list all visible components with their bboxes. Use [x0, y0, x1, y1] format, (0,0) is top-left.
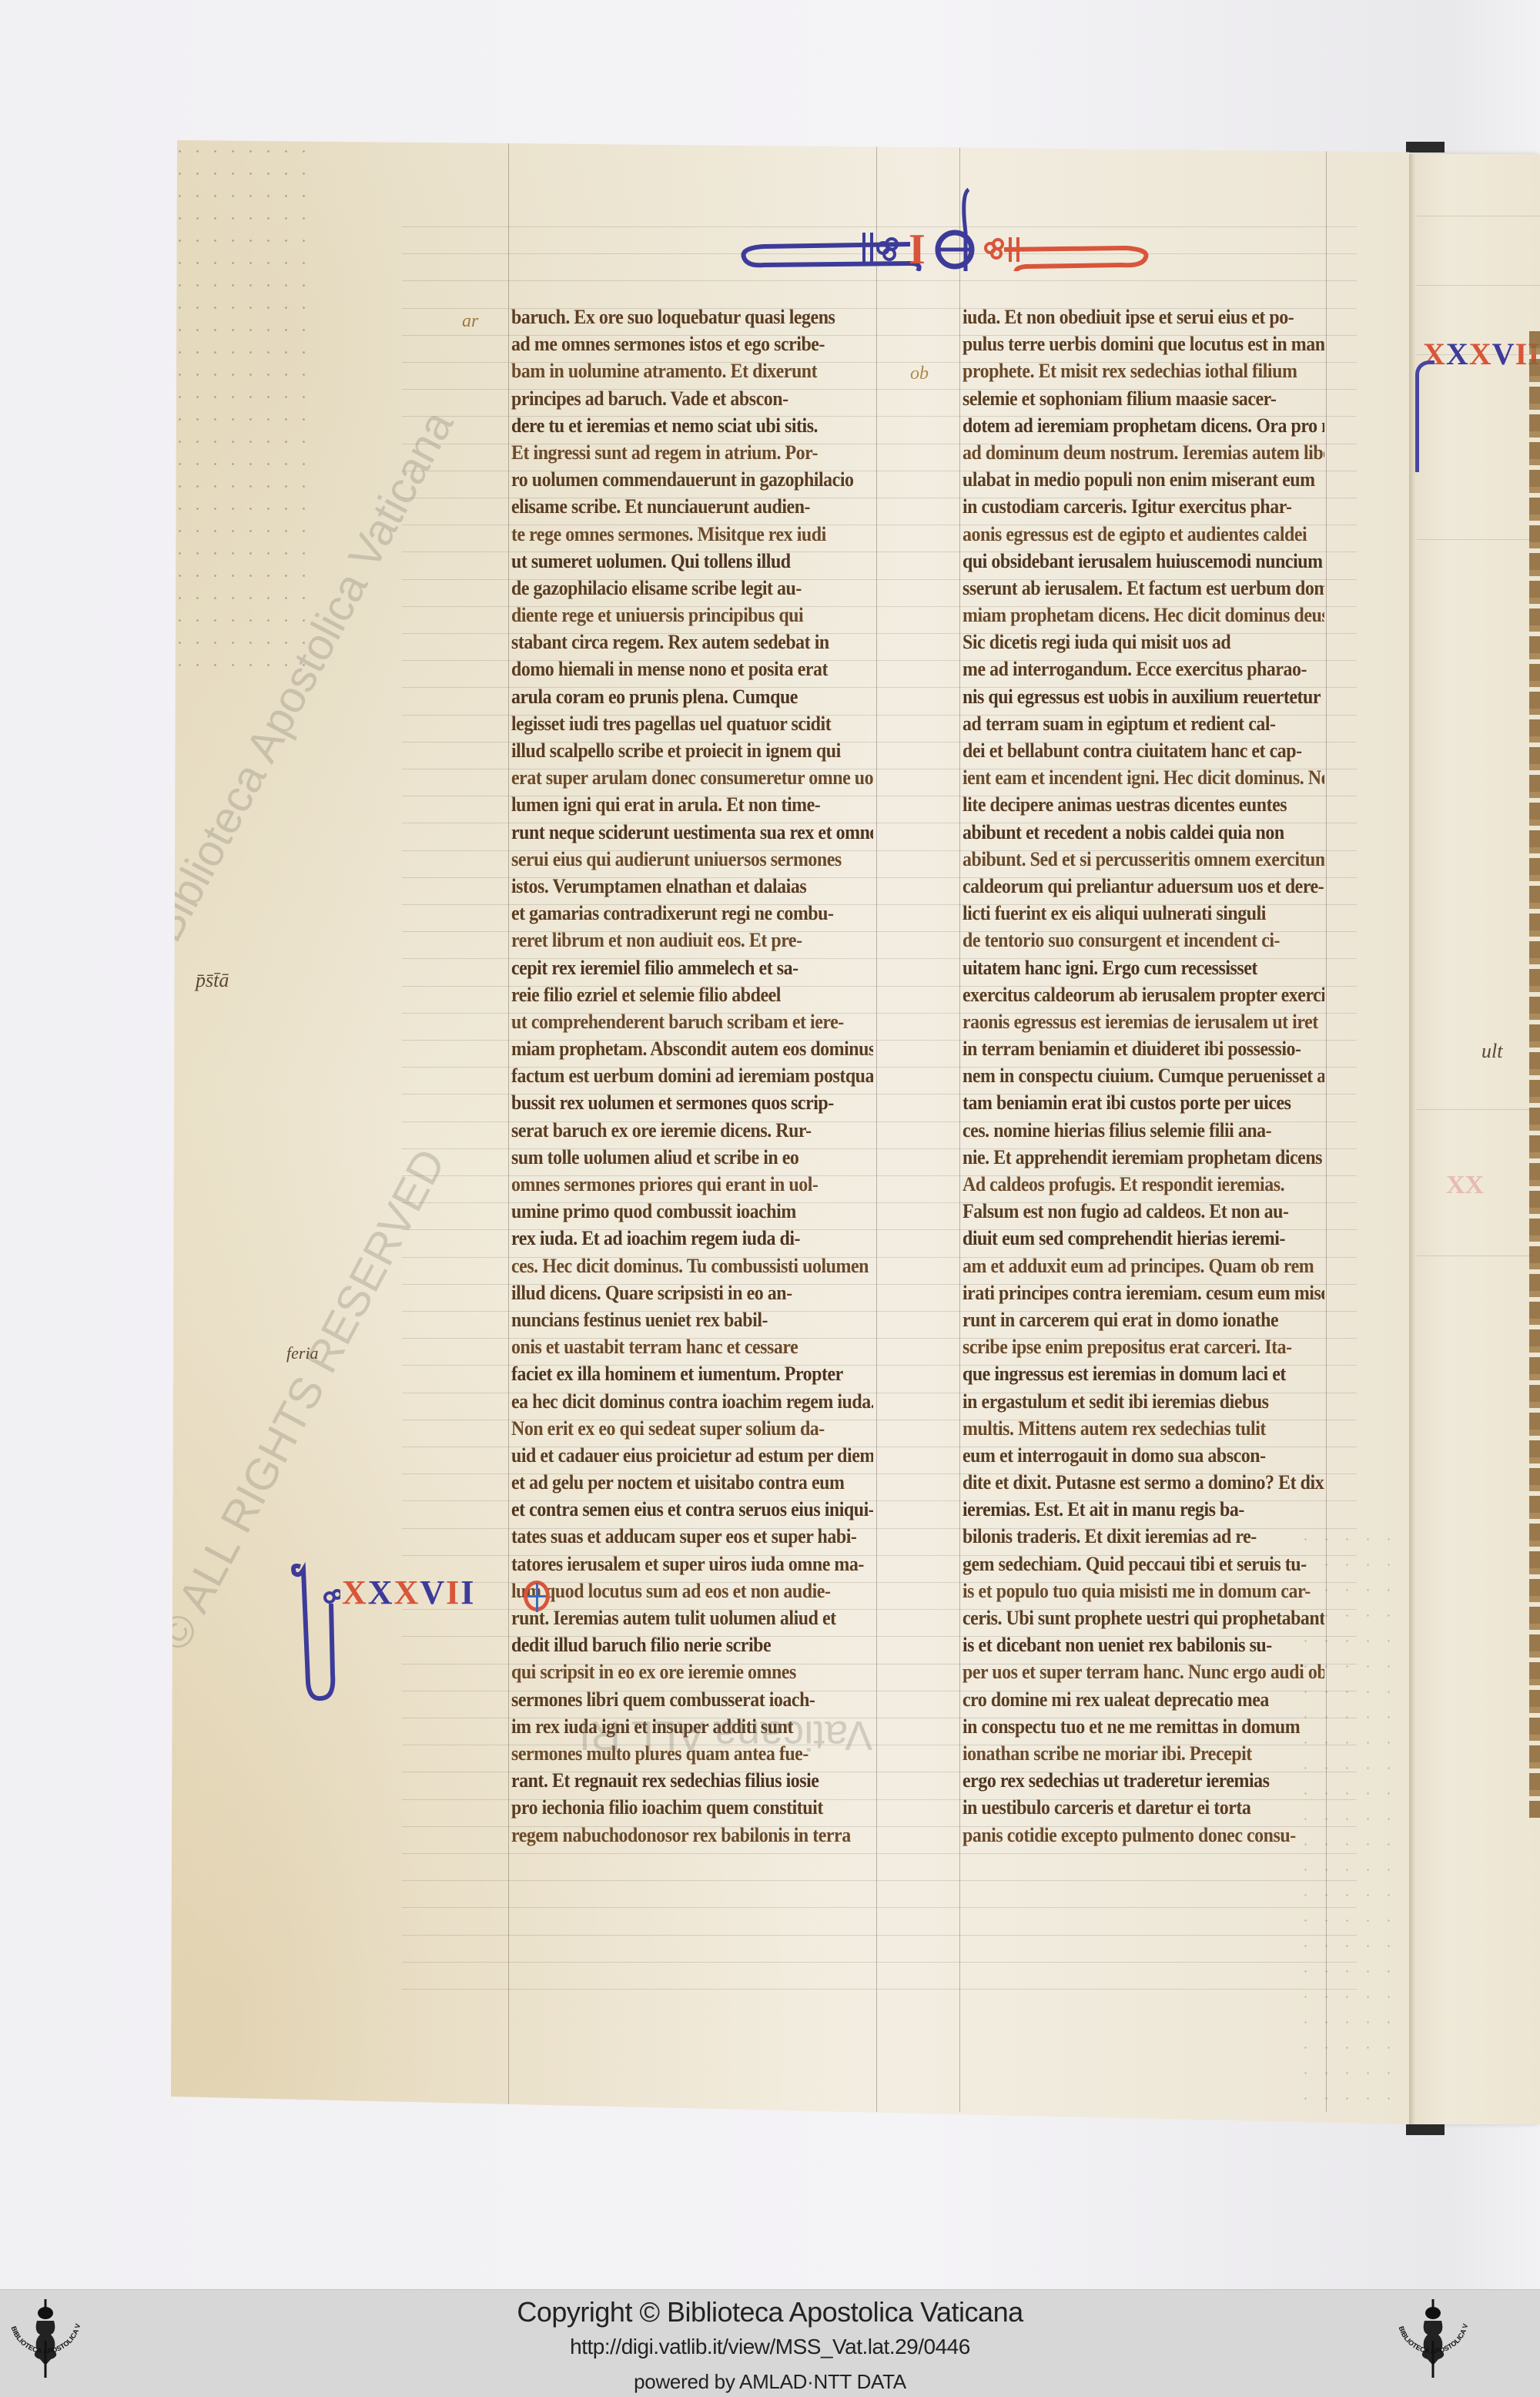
manuscript-line: et contra semen eius et contra seruos ei… — [511, 1496, 844, 1523]
manuscript-line: factum est uerbum domini ad ieremiam pos… — [511, 1062, 844, 1089]
manuscript-line: multis. Mittens autem rex sedechias tuli… — [962, 1415, 1295, 1442]
manuscript-line: runt in carcerem qui erat in domo ionath… — [962, 1306, 1295, 1333]
powered-by-text: powered by AMLAD·NTT DATA — [0, 2370, 1540, 2394]
chapter-flourish-icon — [1415, 360, 1435, 472]
text-column-left: baruch. Ex ore suo loquebatur quasi lege… — [511, 303, 873, 1849]
manuscript-line: erat super arulam donec consumeretur omn… — [511, 764, 844, 791]
chapter-flourish-icon — [286, 1559, 340, 1705]
manuscript-line: sserunt ab ierusalem. Et factum est uerb… — [962, 575, 1295, 602]
text-column-right: iuda. Et non obediuit ipse et serui eius… — [962, 303, 1324, 1849]
manuscript-line: Et ingressi sunt ad regem in atrium. Por… — [511, 439, 844, 466]
manuscript-line: de tentorio suo consurgent et incendent … — [962, 927, 1295, 954]
manuscript-line: reie filio ezriel et selemie filio abdee… — [511, 981, 844, 1008]
manuscript-line: nuncians festinus ueniet rex babil- — [511, 1306, 844, 1333]
manuscript-line: gem sedechiam. Quid peccaui tibi et seru… — [962, 1551, 1295, 1577]
manuscript-line: et ad gelu per noctem et uisitabo contra… — [511, 1469, 844, 1496]
manuscript-line: im rex iuda igni et insuper additi sunt — [511, 1713, 844, 1740]
manuscript-line: ient eam et incendent igni. Hec dicit do… — [962, 764, 1295, 791]
manuscript-line: stabant circa regem. Rex autem sedebat i… — [511, 629, 844, 655]
manuscript-line: ionathan scribe ne moriar ibi. Precepit — [962, 1740, 1295, 1767]
manuscript-line: faciet ex illa hominem et iumentum. Prop… — [511, 1360, 844, 1387]
manuscript-line: ergo rex sedechias ut traderetur ieremia… — [962, 1767, 1295, 1794]
manuscript-line: sum tolle uolumen aliud et scribe in eo — [511, 1144, 844, 1171]
manuscript-line: ad me omnes sermones istos et ego scribe… — [511, 330, 844, 357]
manuscript-line: tam beniamin erat ibi custos porte per u… — [962, 1089, 1295, 1116]
manuscript-line: in ergastulum et sedit ibi ieremias dieb… — [962, 1388, 1295, 1415]
manuscript-line: bilonis traderis. Et dixit ieremias ad r… — [962, 1523, 1295, 1550]
chapter-numeral: X — [1446, 337, 1469, 371]
manuscript-line: ea hec dicit dominus contra ioachim rege… — [511, 1388, 844, 1415]
chapter-numeral: X — [1469, 337, 1492, 371]
manuscript-line: aonis egressus est de egipto et audiente… — [962, 521, 1295, 548]
chapter-numeral: X — [342, 1574, 368, 1611]
manuscript-line: ulabat in medio populi non enim miserant… — [962, 466, 1295, 493]
manuscript-line: exercitus caldeorum ab ierusalem propter… — [962, 981, 1295, 1008]
manuscript-line: baruch. Ex ore suo loquebatur quasi lege… — [511, 303, 844, 330]
ruling-line — [1417, 1255, 1540, 1256]
manuscript-line: in terram beniamin et diuideret ibi poss… — [962, 1035, 1295, 1062]
binding-edge-bottom — [1406, 2124, 1445, 2135]
manuscript-line: uitatem hanc igni. Ergo cum recessisset — [962, 954, 1295, 981]
manuscript-line: am et adduxit eum ad principes. Quam ob … — [962, 1252, 1295, 1279]
manuscript-line: per uos et super terram hanc. Nunc ergo … — [962, 1658, 1295, 1685]
manuscript-line: dere tu et ieremias et nemo sciat ubi si… — [511, 412, 844, 439]
manuscript-line: nis qui egressus est uobis in auxilium r… — [962, 683, 1295, 710]
manuscript-line: qui obsidebant ierusalem huiuscemodi nun… — [962, 548, 1295, 575]
copyright-footer: BIBLIOTECA APOSTOLICA VATICANA Copyright… — [0, 2289, 1540, 2397]
ruling-line — [1417, 1109, 1540, 1110]
manuscript-line: tatores ierusalem et super uiros iuda om… — [511, 1551, 844, 1577]
manuscript-line: et gamarias contradixerunt regi ne combu… — [511, 900, 844, 927]
manuscript-line: nem in conspectu ciuium. Cumque peruenis… — [962, 1062, 1295, 1089]
manuscript-line: prophete. Et misit rex sedechias iothal … — [962, 357, 1295, 384]
manuscript-line: lumen igni qui erat in arula. Et non tim… — [511, 791, 844, 818]
manuscript-line: legisset iudi tres pagellas uel quatuor … — [511, 710, 844, 737]
chapter-numeral: V — [1492, 337, 1515, 371]
ruling-vertical — [959, 140, 960, 2112]
manuscript-line: ad dominum deum nostrum. Ieremias autem … — [962, 439, 1295, 466]
ruling-vertical — [876, 140, 877, 2112]
chapter-numeral: V — [420, 1574, 446, 1611]
manuscript-line: in conspectu tuo et ne me remittas in do… — [962, 1713, 1295, 1740]
manuscript-line: Ad caldeos profugis. Et respondit ieremi… — [962, 1171, 1295, 1198]
manuscript-line: principes ad baruch. Vade et abscon- — [511, 385, 844, 412]
manuscript-line: scribe ipse enim prepositus erat carceri… — [962, 1333, 1295, 1360]
manuscript-line: nie. Et apprehendit ieremiam prophetam d… — [962, 1144, 1295, 1171]
manuscript-line: eum et interrogauit in domo sua abscon- — [962, 1442, 1295, 1469]
manuscript-line: de gazophilacio elisame scribe legit au- — [511, 575, 844, 602]
manuscript-line: ces. Hec dicit dominus. Tu combussisti u… — [511, 1252, 844, 1279]
manuscript-line: dedit illud baruch filio nerie scribe — [511, 1631, 844, 1658]
manuscript-line: diuit eum sed comprehendit hierias ierem… — [962, 1225, 1295, 1252]
manuscript-line: omnes sermones priores qui erant in uol- — [511, 1171, 844, 1198]
manuscript-line: illud scalpello scribe et proiecit in ig… — [511, 737, 844, 764]
margin-note-left-mid: p̄s̄t̄ā — [196, 969, 229, 992]
ruling-vertical — [1326, 140, 1327, 2112]
margin-note-column-gap: ob — [910, 364, 929, 384]
manuscript-line: ut sumeret uolumen. Qui tollens illud — [511, 548, 844, 575]
manuscript-line: me ad interrogandum. Ecce exercitus phar… — [962, 655, 1295, 682]
manuscript-line: ceris. Ubi sunt prophete uestri qui prop… — [962, 1604, 1295, 1631]
manuscript-line: rant. Et regnauit rex sedechias filius i… — [511, 1767, 844, 1794]
chapter-numeral: X — [394, 1574, 420, 1611]
manuscript-line: runt neque sciderunt uestimenta sua rex … — [511, 819, 844, 846]
ruling-vertical — [508, 140, 509, 2112]
ruling-line — [402, 1880, 1357, 1881]
manuscript-line: ces. nomine hierias filius selemie filii… — [962, 1117, 1295, 1144]
margin-note-top-left: ar — [462, 311, 478, 332]
manuscript-line: serat baruch ex ore ieremie dicens. Rur- — [511, 1117, 844, 1144]
ruling-line — [402, 1962, 1357, 1963]
ruling-line — [1417, 539, 1540, 540]
manuscript-line: licti fuerint ex eis aliqui uulnerati si… — [962, 900, 1295, 927]
manuscript-line: domo hiemali in mense nono et posita era… — [511, 655, 844, 682]
binding-edge-top — [1406, 142, 1445, 153]
manuscript-line: elisame scribe. Et nunciauerunt audien- — [511, 493, 844, 520]
ruling-line — [402, 1989, 1357, 1990]
manuscript-line: sermones multo plures quam antea fue- — [511, 1740, 844, 1767]
next-page-chapter-number: XXXVIII — [1423, 336, 1540, 372]
manuscript-line: Falsum est non fugio ad caldeos. Et non … — [962, 1198, 1295, 1225]
manuscript-line: panis cotidie excepto pulmento donec con… — [962, 1822, 1295, 1849]
show-through-chapter-number: XX — [1446, 1171, 1484, 1200]
manuscript-line: regem nabuchodonosor rex babilonis in te… — [511, 1822, 844, 1849]
manuscript-line: lum quod locutus sum ad eos et non audie… — [511, 1577, 844, 1604]
manuscript-line: qui scripsit in eo ex ore ieremie omnes — [511, 1658, 844, 1685]
manuscript-line: serui eius qui audierunt uniuersos sermo… — [511, 846, 844, 873]
manuscript-line: umine primo quod combussit ioachim — [511, 1198, 844, 1225]
manuscript-line: istos. Verumptamen elnathan et dalaias — [511, 873, 844, 900]
manuscript-line: dei et bellabunt contra ciuitatem hanc e… — [962, 737, 1295, 764]
next-page-edge: XXXVIII XX ult — [1409, 154, 1540, 2124]
manuscript-line: is et populo tuo quia misisti me in domu… — [962, 1577, 1295, 1604]
margin-note-left-low: feria — [286, 1343, 319, 1363]
ruling-line — [1417, 216, 1540, 216]
chapter-number: XXXVII — [342, 1573, 475, 1612]
manuscript-line: uid et cadauer eius proicietur ad estum … — [511, 1442, 844, 1469]
chapter-numeral: I — [460, 1574, 475, 1611]
manuscript-line: illud dicens. Quare scripsisti in eo an- — [511, 1279, 844, 1306]
chapter-numeral: I — [1515, 337, 1528, 371]
manuscript-line: cepit rex ieremiel filio ammelech et sa- — [511, 954, 844, 981]
ruling-line — [1417, 285, 1540, 286]
manuscript-line: te rege omnes sermones. Misitque rex iud… — [511, 521, 844, 548]
manuscript-line: tates suas et adducam super eos et super… — [511, 1523, 844, 1550]
manuscript-line: dotem ad ieremiam prophetam dicens. Ora … — [962, 412, 1295, 439]
foxing-speckles — [171, 140, 310, 679]
manuscript-line: in custodiam carceris. Igitur exercitus … — [962, 493, 1295, 520]
manuscript-line: arula coram eo prunis plena. Cumque — [511, 683, 844, 710]
manuscript-line: raonis egressus est ieremias de ierusale… — [962, 1008, 1295, 1035]
ruling-line — [402, 1907, 1357, 1908]
svg-text:I: I — [909, 226, 926, 271]
manuscript-line: ieremias. Est. Et ait in manu regis ba- — [962, 1496, 1295, 1523]
chapter-numeral: X — [368, 1574, 394, 1611]
manuscript-line: ad terram suam in egiptum et redient cal… — [962, 710, 1295, 737]
manuscript-line: cro domine mi rex ualeat deprecatio mea — [962, 1686, 1295, 1713]
manuscript-line: reret librum et non audiuit eos. Et pre- — [511, 927, 844, 954]
page-spine — [1409, 154, 1415, 2124]
manuscript-line: miam prophetam. Abscondit autem eos domi… — [511, 1035, 844, 1062]
manuscript-line: is et dicebant non ueniet rex babilonis … — [962, 1631, 1295, 1658]
manuscript-line: abibunt. Sed et si percusseritis omnem e… — [962, 846, 1295, 873]
manuscript-line: selemie et sophoniam filium maasie sacer… — [962, 385, 1295, 412]
running-header-flourish-icon: I — [733, 186, 1164, 271]
manuscript-line: diente rege et uniuersis principibus qui — [511, 602, 844, 629]
decorated-initial-e — [524, 1581, 550, 1611]
manuscript-line: caldeorum qui preliantur aduersum uos et… — [962, 873, 1295, 900]
page-url-link[interactable]: http://digi.vatlib.it/view/MSS_Vat.lat.2… — [0, 2335, 1540, 2359]
manuscript-line: pulus terre uerbis domini que locutus es… — [962, 330, 1295, 357]
manuscript-line: bam in uolumine atramento. Et dixerunt — [511, 357, 844, 384]
manuscript-line: runt. Ieremias autem tulit uolumen aliud… — [511, 1604, 844, 1631]
chapter-numeral: I — [446, 1574, 460, 1611]
manuscript-line: ro uolumen commendauerunt in gazophilaci… — [511, 466, 844, 493]
next-page-text-edge — [1529, 331, 1540, 1818]
ruling-line — [402, 280, 1357, 281]
manuscript-line: iuda. Et non obediuit ipse et serui eius… — [962, 303, 1295, 330]
vatican-library-seal-icon: BIBLIOTECA APOSTOLICA VATICANA — [1391, 2295, 1475, 2393]
manuscript-line: sermones libri quem combusserat ioach- — [511, 1686, 844, 1713]
manuscript-line: dite et dixit. Putasne est sermo a domin… — [962, 1469, 1295, 1496]
manuscript-line: Non erit ex eo qui sedeat super solium d… — [511, 1415, 844, 1442]
manuscript-folio: I ar p̄s̄t̄ā feria ob baruch. Ex ore suo… — [171, 140, 1409, 2124]
margin-note-right: ult — [1481, 1040, 1502, 1063]
ruling-line — [402, 1853, 1357, 1854]
copyright-text: Copyright © Biblioteca Apostolica Vatica… — [0, 2296, 1540, 2328]
manuscript-line: bussit rex uolumen et sermones quos scri… — [511, 1089, 844, 1116]
manuscript-line: onis et uastabit terram hanc et cessare — [511, 1333, 844, 1360]
manuscript-line: rex iuda. Et ad ioachim regem iuda di- — [511, 1225, 844, 1252]
manuscript-line: lite decipere animas uestras dicentes eu… — [962, 791, 1295, 818]
manuscript-line: ut comprehenderent baruch scribam et ier… — [511, 1008, 844, 1035]
manuscript-line: abibunt et recedent a nobis caldei quia … — [962, 819, 1295, 846]
manuscript-line: pro iechonia filio ioachim quem constitu… — [511, 1794, 844, 1821]
manuscript-line: in uestibulo carceris et daretur ei tort… — [962, 1794, 1295, 1821]
manuscript-line: miam prophetam dicens. Hec dicit dominus… — [962, 602, 1295, 629]
manuscript-line: Sic dicetis regi iuda qui misit uos ad — [962, 629, 1295, 655]
manuscript-line: irati principes contra ieremiam. cesum e… — [962, 1279, 1295, 1306]
manuscript-line: que ingressus est ieremias in domum laci… — [962, 1360, 1295, 1387]
running-header: I — [733, 186, 1164, 271]
ruling-line — [402, 1935, 1357, 1936]
